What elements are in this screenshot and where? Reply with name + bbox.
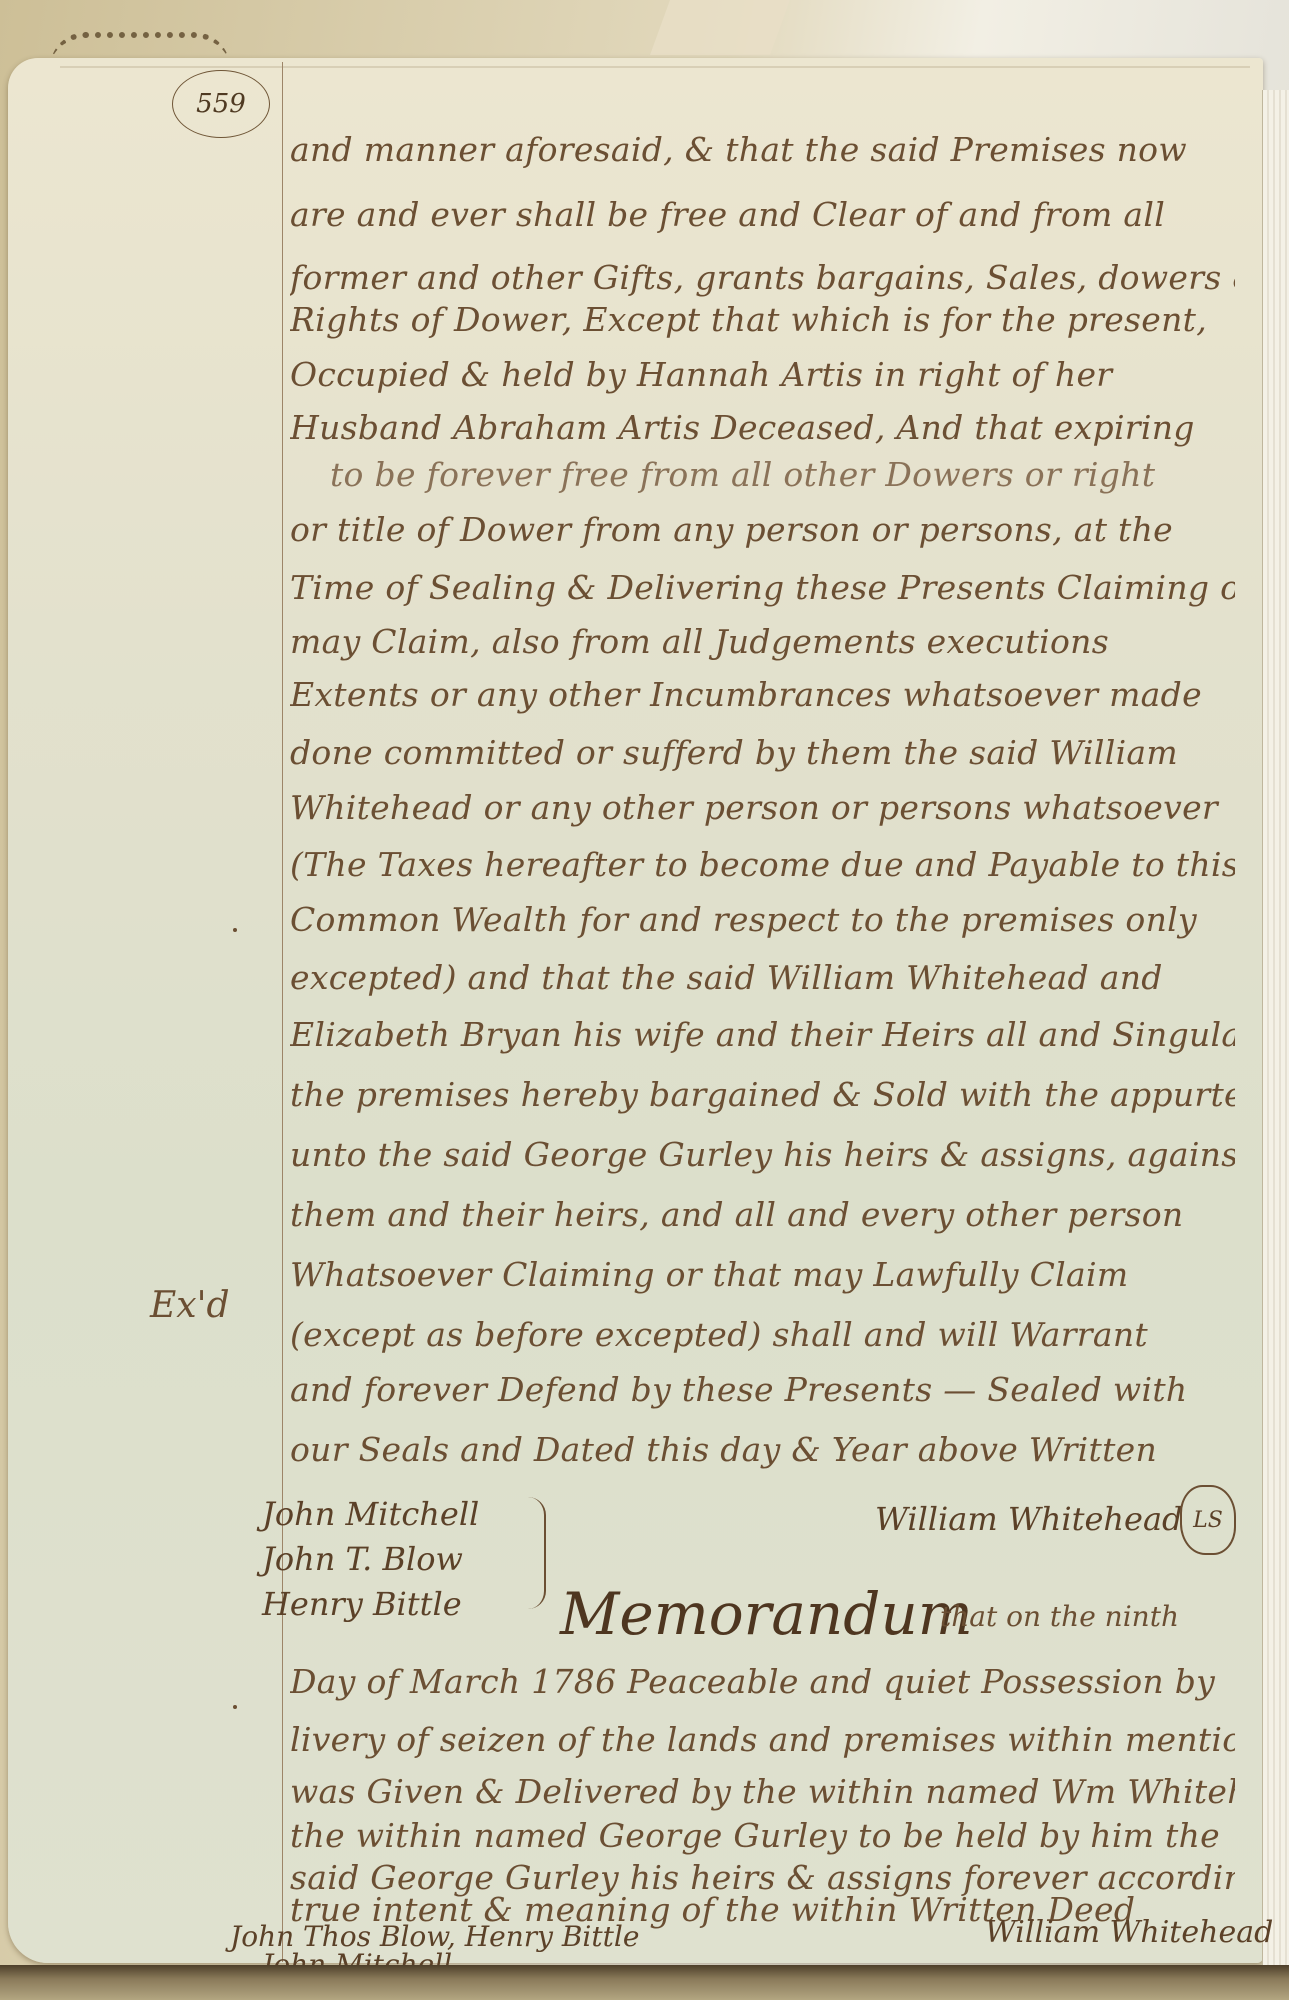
- folio-number-text: 559: [196, 89, 246, 119]
- memorandum-heading-tail: that on the ninth: [940, 1600, 1179, 1633]
- deed-line: (The Taxes hereafter to become due and P…: [290, 845, 1235, 885]
- deed-line: Occupied & held by Hannah Artis in right…: [290, 355, 1235, 395]
- witness-name: John Mitchell: [262, 1495, 479, 1533]
- folded-paper-corner: [650, 0, 790, 55]
- deed-line: excepted) and that the said William Whit…: [290, 958, 1235, 998]
- deed-line: them and their heirs, and all and every …: [290, 1195, 1235, 1235]
- seal-mark: LS: [1180, 1485, 1236, 1555]
- memorandum-line: Day of March 1786 Peaceable and quiet Po…: [290, 1662, 1235, 1702]
- deed-line: to be forever free from all other Dowers…: [330, 455, 1275, 495]
- deed-line: Whatsoever Claiming or that may Lawfully…: [290, 1255, 1235, 1295]
- memorandum-heading: Memorandum: [560, 1580, 973, 1648]
- deed-line: may Claim, also from all Judgements exec…: [290, 622, 1235, 662]
- deed-line: Time of Sealing & Delivering these Prese…: [290, 568, 1235, 608]
- deed-line: (except as before excepted) shall and wi…: [290, 1315, 1235, 1355]
- memorandum-signature: William Whitehead: [985, 1915, 1273, 1950]
- margin-examined-note: Ex'd: [150, 1285, 230, 1326]
- seal-mark-text: LS: [1193, 1508, 1223, 1533]
- deed-line: are and ever shall be free and Clear of …: [290, 195, 1235, 235]
- deed-line: Common Wealth for and respect to the pre…: [290, 900, 1235, 940]
- deed-line: and forever Defend by these Presents — S…: [290, 1370, 1235, 1410]
- memorandum-line: was Given & Delivered by the within name…: [290, 1772, 1235, 1812]
- ink-dot: [233, 1705, 237, 1709]
- memorandum-line: the within named George Gurley to be hel…: [290, 1816, 1235, 1856]
- folio-number: 559: [172, 70, 270, 138]
- deed-line: Extents or any other Incumbrances whatso…: [290, 675, 1235, 715]
- deed-line: and manner aforesaid, & that the said Pr…: [290, 130, 1235, 170]
- ink-dot: [233, 928, 237, 932]
- deed-line: done committed or sufferd by them the sa…: [290, 733, 1235, 773]
- deed-line: Whitehead or any other person or persons…: [290, 788, 1235, 828]
- book-bottom-shadow: [0, 1965, 1289, 2000]
- witness-name: John T. Blow: [262, 1540, 463, 1578]
- deed-line: unto the said George Gurley his heirs & …: [290, 1135, 1235, 1175]
- grantor-signature: William Whitehead: [875, 1500, 1183, 1538]
- deed-line: Rights of Dower, Except that which is fo…: [290, 300, 1235, 340]
- margin-rule: [282, 62, 283, 1962]
- deed-line: our Seals and Dated this day & Year abov…: [290, 1430, 1235, 1470]
- deed-line: Elizabeth Bryan his wife and their Heirs…: [290, 1015, 1235, 1055]
- memorandum-line: livery of seizen of the lands and premis…: [290, 1720, 1235, 1760]
- witness-name: Henry Bittle: [262, 1585, 462, 1623]
- deed-line: former and other Gifts, grants bargains,…: [290, 258, 1235, 298]
- page-stack-edges: [1262, 90, 1289, 1970]
- deed-line: or title of Dower from any person or per…: [290, 510, 1235, 550]
- deed-line: Husband Abraham Artis Deceased, And that…: [290, 408, 1235, 448]
- witness-brace: [528, 1497, 546, 1609]
- deed-line: the premises hereby bargained & Sold wit…: [290, 1075, 1235, 1115]
